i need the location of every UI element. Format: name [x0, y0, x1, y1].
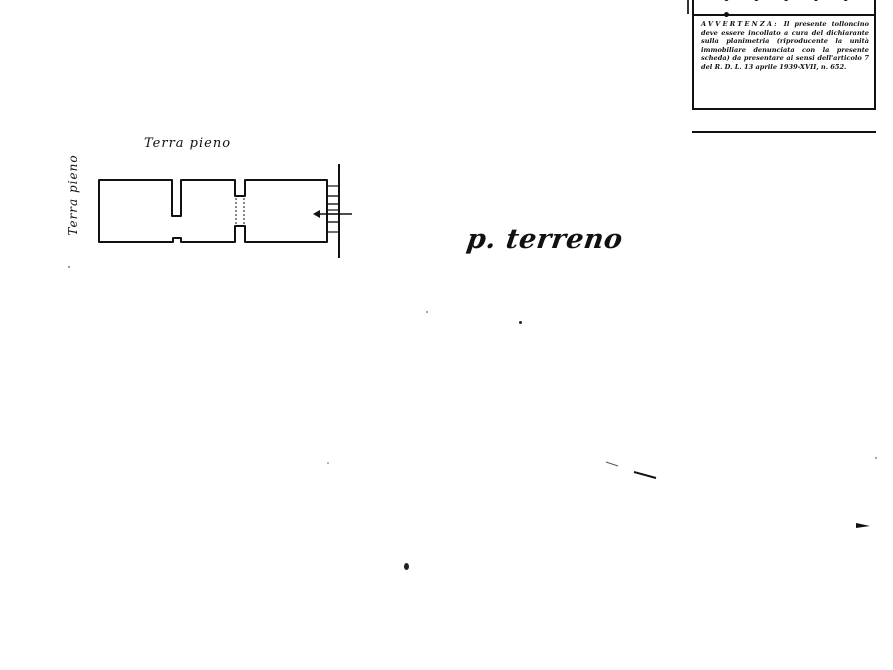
scan-speck [875, 457, 877, 459]
building-outline [99, 180, 327, 242]
scan-speck [426, 311, 428, 313]
entrance-steps [327, 186, 339, 232]
scan-speck [327, 462, 329, 464]
entrance-arrow-icon [313, 210, 352, 218]
scan-speck [68, 266, 70, 268]
floor-plan-drawing [0, 0, 893, 670]
scan-speck [404, 563, 409, 570]
scan-speck [519, 321, 522, 324]
